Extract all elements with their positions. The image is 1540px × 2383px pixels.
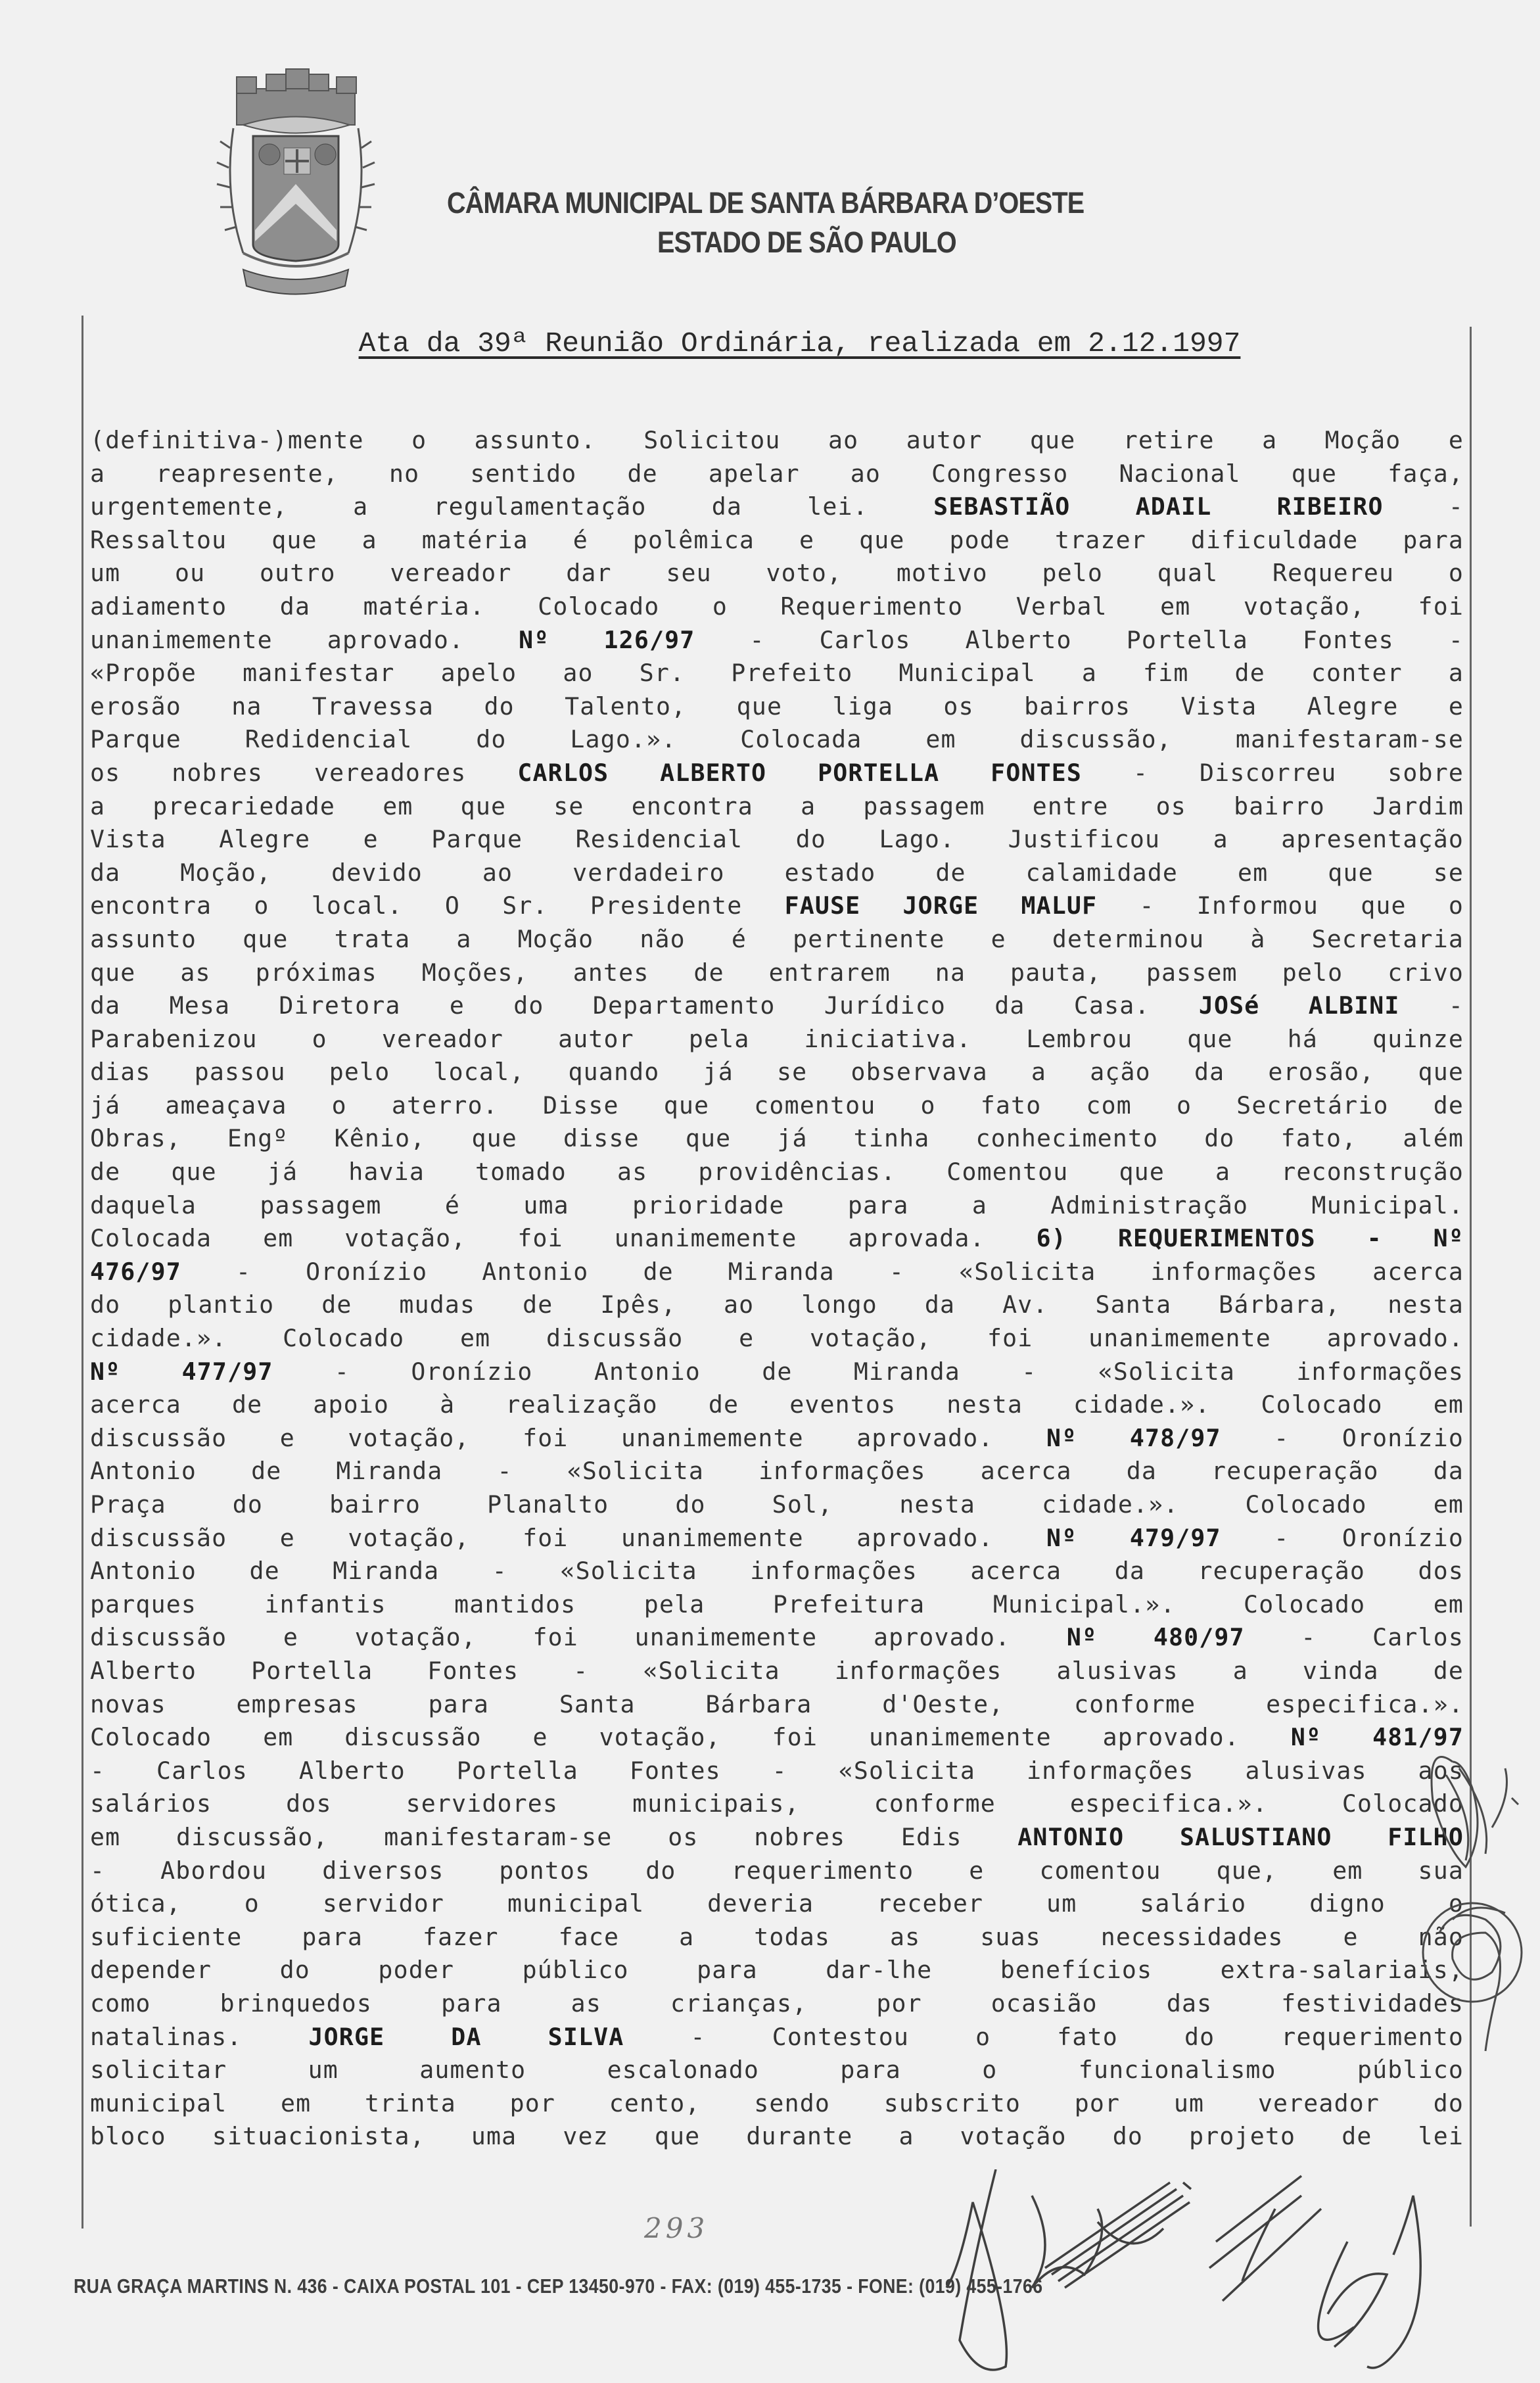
text-line: salários dos servidores municipais, conf…: [90, 1787, 1464, 1821]
text-line: daquela passagem é uma prioridade para a…: [90, 1189, 1464, 1223]
text-segment: discussão e votação, foi unanimemente ap…: [90, 1623, 1067, 1651]
speaker-or-item-label: ANTONIO SALUSTIANO FILHO: [1017, 1823, 1464, 1851]
text-line: bloco situacionista, uma vez que durante…: [90, 2120, 1464, 2154]
text-segment: -: [1384, 492, 1464, 521]
text-segment: Ressaltou que a matéria é polêmica e que…: [90, 526, 1464, 554]
text-line: parques infantis mantidos pela Prefeitur…: [90, 1588, 1464, 1622]
text-segment: (definitiva-)mente o assunto. Solicitou …: [90, 426, 1464, 454]
text-line: (definitiva-)mente o assunto. Solicitou …: [90, 424, 1464, 458]
text-line: unanimemente aprovado. Nº 126/97 - Carlo…: [90, 624, 1464, 657]
handwritten-page-number: 293: [644, 2212, 709, 2244]
text-segment: cidade.». Colocado em discussão e votaçã…: [90, 1324, 1464, 1352]
text-segment: -: [1400, 991, 1464, 1020]
text-segment: Antonio de Miranda - «Solicita informaçõ…: [90, 1457, 1464, 1485]
page-frame-left-border: [82, 316, 83, 2229]
text-line: a precariedade em que se encontra a pass…: [90, 790, 1464, 824]
text-segment: Alberto Portella Fontes - «Solicita info…: [90, 1657, 1464, 1685]
text-segment: novas empresas para Santa Bárbara d'Oest…: [90, 1690, 1464, 1718]
text-segment: da Moção, devido ao verdadeiro estado de…: [90, 859, 1464, 887]
text-segment: solicitar um aumento escalonado para o f…: [90, 2056, 1464, 2084]
text-segment: os nobres vereadores: [90, 759, 517, 787]
text-segment: da Mesa Diretora e do Departamento Juríd…: [90, 991, 1199, 1020]
speaker-or-item-label: Nº 480/97: [1067, 1623, 1245, 1651]
text-line: solicitar um aumento escalonado para o f…: [90, 2054, 1464, 2087]
text-segment: unanimemente aprovado.: [90, 626, 519, 654]
text-segment: Vista Alegre e Parque Residencial do Lag…: [90, 825, 1464, 853]
minutes-body: (definitiva-)mente o assunto. Solicitou …: [90, 424, 1464, 2154]
text-line: da Moção, devido ao verdadeiro estado de…: [90, 857, 1464, 890]
text-line: Parque Redidencial do Lago.». Colocada e…: [90, 723, 1464, 757]
text-line: Alberto Portella Fontes - «Solicita info…: [90, 1655, 1464, 1688]
speaker-or-item-label: Nº 479/97: [1046, 1524, 1221, 1552]
text-segment: do plantio de mudas de Ipês, ao longo da…: [90, 1290, 1464, 1319]
text-segment: a precariedade em que se encontra a pass…: [90, 792, 1464, 820]
text-segment: já ameaçava o aterro. Disse que comentou…: [90, 1091, 1464, 1120]
text-segment: - Contestou o fato do requerimento: [624, 2023, 1464, 2051]
text-line: da Mesa Diretora e do Departamento Juríd…: [90, 989, 1464, 1023]
text-line: natalinas. JORGE DA SILVA - Contestou o …: [90, 2021, 1464, 2054]
text-line: urgentemente, a regulamentação da lei. S…: [90, 490, 1464, 524]
speaker-or-item-label: 6) REQUERIMENTOS - Nº: [1037, 1224, 1464, 1252]
text-line: ótica, o servidor municipal deveria rece…: [90, 1887, 1464, 1921]
text-line: erosão na Travessa do Talento, que liga …: [90, 690, 1464, 724]
text-line: adiamento da matéria. Colocado o Requeri…: [90, 590, 1464, 624]
speaker-or-item-label: Nº 126/97: [519, 626, 695, 654]
text-segment: - Discorreu sobre: [1082, 759, 1464, 787]
text-line: os nobres vereadores CARLOS ALBERTO PORT…: [90, 757, 1464, 790]
text-line: discussão e votação, foi unanimemente ap…: [90, 1621, 1464, 1655]
text-segment: suficiente para fazer face a todas as su…: [90, 1923, 1464, 1951]
text-line: Colocada em votação, foi unanimemente ap…: [90, 1222, 1464, 1256]
text-line: «Propõe manifestar apelo ao Sr. Prefeito…: [90, 657, 1464, 690]
institution-name: CÂMARA MUNICIPAL DE SANTA BÁRBARA D’OEST…: [447, 186, 1084, 220]
text-segment: municipal em trinta por cento, sendo sub…: [90, 2089, 1464, 2117]
text-segment: - Carlos Alberto Portella Fontes - «Soli…: [90, 1757, 1464, 1785]
text-line: discussão e votação, foi unanimemente ap…: [90, 1422, 1464, 1455]
speaker-or-item-label: CARLOS ALBERTO PORTELLA FONTES: [517, 759, 1082, 787]
text-line: cidade.». Colocado em discussão e votaçã…: [90, 1322, 1464, 1356]
minutes-title-text: Ata da 39ª Reunião Ordinária, realizada …: [359, 327, 1241, 360]
text-segment: - Oronízio: [1221, 1524, 1464, 1552]
text-segment: como brinquedos para as crianças, por oc…: [90, 1989, 1464, 2017]
text-segment: Obras, Engº Kênio, que disse que já tinh…: [90, 1124, 1464, 1152]
state-name: ESTADO DE SÃO PAULO: [657, 225, 956, 260]
text-line: Nº 477/97 - Oronízio Antonio de Miranda …: [90, 1356, 1464, 1389]
text-line: do plantio de mudas de Ipês, ao longo da…: [90, 1288, 1464, 1322]
text-segment: Parque Redidencial do Lago.». Colocada e…: [90, 725, 1464, 753]
text-segment: adiamento da matéria. Colocado o Requeri…: [90, 592, 1464, 621]
speaker-or-item-label: JORGE DA SILVA: [309, 2023, 624, 2051]
text-segment: em discussão, manifestaram-se os nobres …: [90, 1823, 1017, 1851]
coat-of-arms-icon: [197, 62, 394, 306]
text-segment: parques infantis mantidos pela Prefeitur…: [90, 1590, 1464, 1618]
speaker-or-item-label: Nº 477/97: [90, 1357, 273, 1386]
text-segment: discussão e votação, foi unanimemente ap…: [90, 1424, 1046, 1452]
text-segment: - Carlos Alberto Portella Fontes -: [695, 626, 1464, 654]
text-segment: daquela passagem é uma prioridade para a…: [90, 1191, 1464, 1219]
text-segment: discussão e votação, foi unanimemente ap…: [90, 1524, 1046, 1552]
page-frame-right-border: [1470, 327, 1472, 2227]
speaker-or-item-label: Nº 481/97: [1291, 1723, 1464, 1751]
text-line: Colocado em discussão e votação, foi una…: [90, 1721, 1464, 1755]
text-line: Antonio de Miranda - «Solicita informaçõ…: [90, 1555, 1464, 1588]
footer-address: RUA GRAÇA MARTINS N. 436 - CAIXA POSTAL …: [74, 2275, 1317, 2298]
text-segment: - Oronízio Antonio de Miranda - «Solicit…: [181, 1258, 1464, 1286]
text-segment: a reapresente, no sentido de apelar ao C…: [90, 460, 1464, 488]
text-segment: erosão na Travessa do Talento, que liga …: [90, 692, 1464, 720]
text-line: 476/97 - Oronízio Antonio de Miranda - «…: [90, 1256, 1464, 1289]
text-segment: salários dos servidores municipais, conf…: [90, 1789, 1464, 1818]
text-segment: Antonio de Miranda - «Solicita informaçõ…: [90, 1557, 1464, 1585]
text-segment: dias passou pelo local, quando já se obs…: [90, 1058, 1464, 1086]
text-segment: - Carlos: [1245, 1623, 1464, 1651]
speaker-or-item-label: Nº 478/97: [1046, 1424, 1221, 1452]
text-line: - Abordou diversos pontos do requeriment…: [90, 1854, 1464, 1888]
text-line: Praça do bairro Planalto do Sol, nesta c…: [90, 1488, 1464, 1522]
text-segment: um ou outro vereador dar seu voto, motiv…: [90, 559, 1464, 587]
text-line: Vista Alegre e Parque Residencial do Lag…: [90, 823, 1464, 857]
text-segment: de que já havia tomado as providências. …: [90, 1158, 1464, 1186]
text-segment: depender do poder público para dar-lhe b…: [90, 1956, 1464, 1984]
text-segment: acerca de apoio à realização de eventos …: [90, 1390, 1464, 1419]
speaker-or-item-label: JOSé ALBINI: [1199, 991, 1400, 1020]
text-line: um ou outro vereador dar seu voto, motiv…: [90, 557, 1464, 590]
text-line: dias passou pelo local, quando já se obs…: [90, 1056, 1464, 1089]
text-line: Parabenizou o vereador autor pela inicia…: [90, 1023, 1464, 1056]
text-segment: assunto que trata a Moção não é pertinen…: [90, 925, 1464, 953]
text-line: discussão e votação, foi unanimemente ap…: [90, 1522, 1464, 1555]
text-segment: - Abordou diversos pontos do requeriment…: [90, 1856, 1464, 1885]
text-segment: urgentemente, a regulamentação da lei.: [90, 492, 933, 521]
text-segment: «Propõe manifestar apelo ao Sr. Prefeito…: [90, 659, 1464, 687]
text-segment: Parabenizou o vereador autor pela inicia…: [90, 1025, 1464, 1053]
text-segment: Colocado em discussão e votação, foi una…: [90, 1723, 1291, 1751]
speaker-or-item-label: FAUSE JORGE MALUF: [785, 891, 1098, 920]
text-line: novas empresas para Santa Bárbara d'Oest…: [90, 1688, 1464, 1722]
text-line: municipal em trinta por cento, sendo sub…: [90, 2087, 1464, 2121]
text-line: em discussão, manifestaram-se os nobres …: [90, 1821, 1464, 1854]
minutes-title: Ata da 39ª Reunião Ordinária, realizada …: [0, 327, 1540, 360]
text-line: encontra o local. O Sr. Presidente FAUSE…: [90, 889, 1464, 923]
text-segment: ótica, o servidor municipal deveria rece…: [90, 1889, 1464, 1918]
text-segment: natalinas.: [90, 2023, 309, 2051]
text-line: depender do poder público para dar-lhe b…: [90, 1954, 1464, 1987]
text-line: a reapresente, no sentido de apelar ao C…: [90, 458, 1464, 491]
text-segment: Colocada em votação, foi unanimemente ap…: [90, 1224, 1037, 1252]
text-line: Ressaltou que a matéria é polêmica e que…: [90, 524, 1464, 557]
text-line: suficiente para fazer face a todas as su…: [90, 1921, 1464, 1954]
speaker-or-item-label: SEBASTIÃO ADAIL RIBEIRO: [933, 492, 1384, 521]
text-line: acerca de apoio à realização de eventos …: [90, 1388, 1464, 1422]
text-segment: - Informou que o: [1097, 891, 1464, 920]
text-segment: Praça do bairro Planalto do Sol, nesta c…: [90, 1490, 1464, 1519]
text-line: - Carlos Alberto Portella Fontes - «Soli…: [90, 1755, 1464, 1788]
text-segment: - Oronízio Antonio de Miranda - «Solicit…: [273, 1357, 1464, 1386]
text-line: Obras, Engº Kênio, que disse que já tinh…: [90, 1122, 1464, 1156]
text-segment: bloco situacionista, uma vez que durante…: [90, 2122, 1464, 2150]
speaker-or-item-label: 476/97: [90, 1258, 181, 1286]
text-line: assunto que trata a Moção não é pertinen…: [90, 923, 1464, 956]
text-segment: - Oronízio: [1221, 1424, 1464, 1452]
text-line: como brinquedos para as crianças, por oc…: [90, 1987, 1464, 2021]
text-line: já ameaçava o aterro. Disse que comentou…: [90, 1089, 1464, 1123]
text-segment: encontra o local. O Sr. Presidente: [90, 891, 785, 920]
text-segment: que as próximas Moções, antes de entrare…: [90, 958, 1464, 987]
text-line: Antonio de Miranda - «Solicita informaçõ…: [90, 1455, 1464, 1488]
text-line: de que já havia tomado as providências. …: [90, 1156, 1464, 1189]
text-line: que as próximas Moções, antes de entrare…: [90, 956, 1464, 990]
